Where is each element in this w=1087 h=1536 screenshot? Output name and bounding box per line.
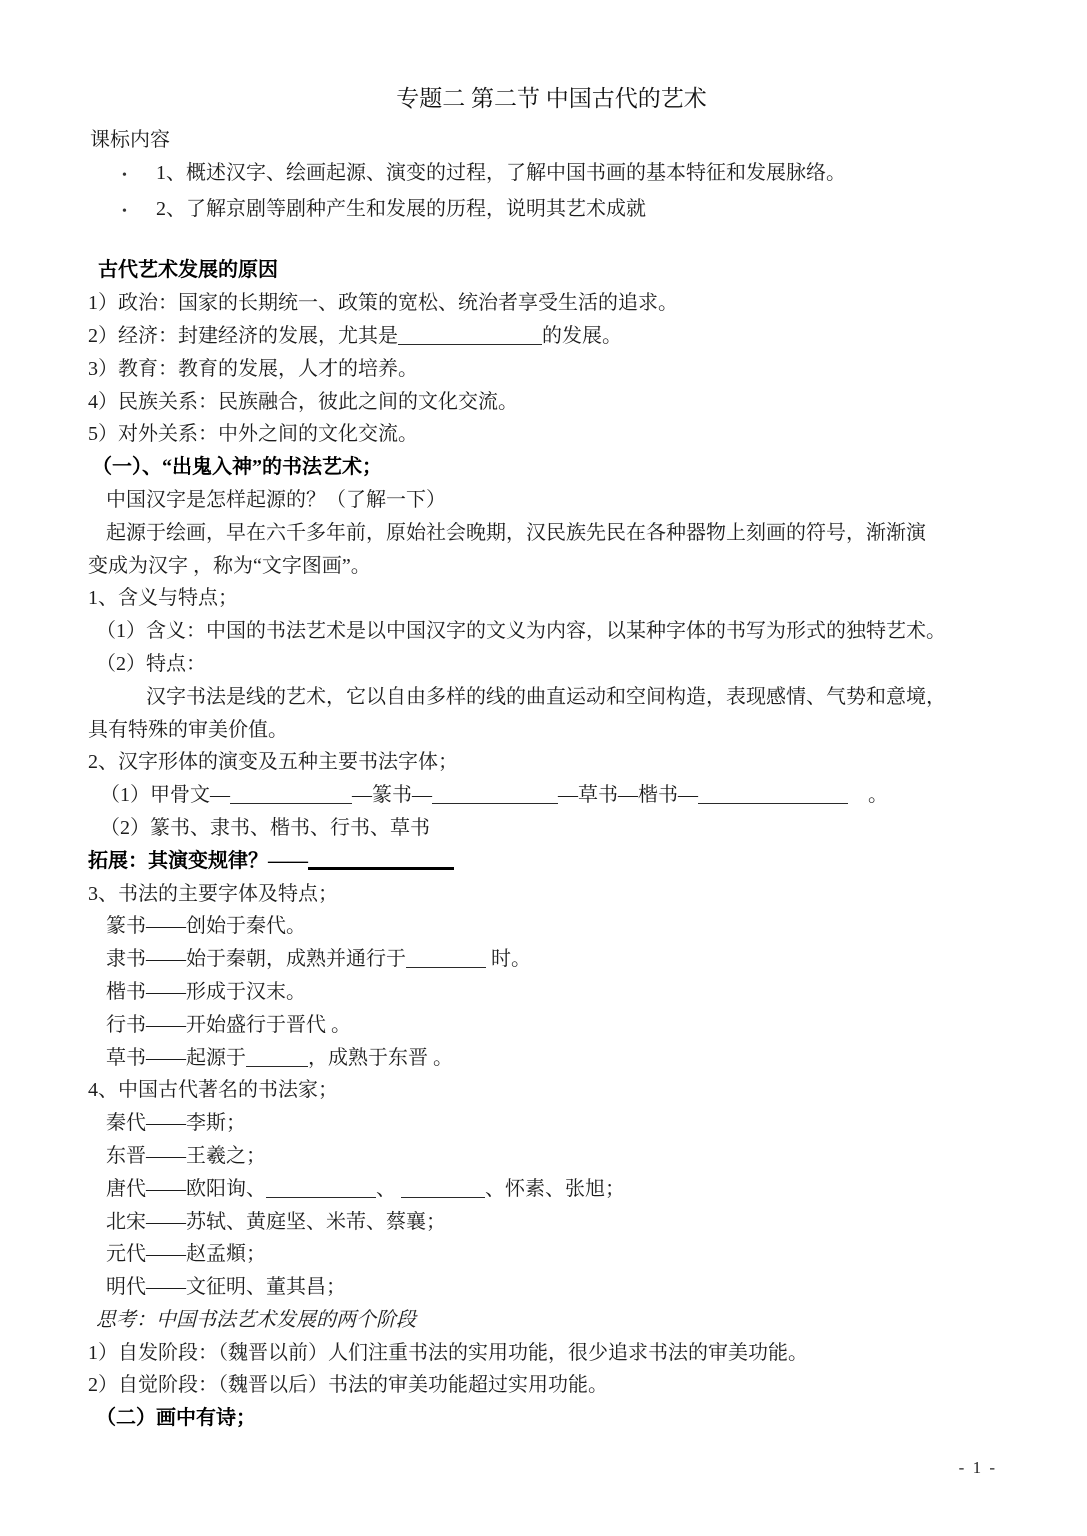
text-segment: 唐代——欧阳询、 (106, 1178, 266, 1200)
text-segment: 4）民族关系：民族融合，彼此之间的文化交流。 (88, 391, 518, 413)
text-segment: 2）经济：封建经济的发展，尤其是 (88, 325, 398, 347)
text-segment: 草书——起源于 (106, 1047, 246, 1069)
blank-underline (398, 328, 542, 345)
calligrapher-dongjin: 东晋——王羲之； (88, 1140, 1015, 1173)
item-2-2-scripts: （2）篆书、隶书、楷书、行书、草书 (88, 812, 1015, 845)
item-1-1-meaning: （1）含义：中国的书法艺术是以中国汉字的文义为内容，以某种字体的书写为形式的独特… (88, 615, 1015, 648)
text-segment: 秦代——李斯； (106, 1112, 246, 1134)
stage-spontaneous: 1）自发阶段：（魏晋以前）人们注重书法的实用功能，很少追求书法的审美功能。 (88, 1337, 1015, 1370)
script-kaishu: 楷书——形成于汉末。 (88, 976, 1015, 1009)
text-segment: 1）自发阶段：（魏晋以前）人们注重书法的实用功能，很少追求书法的审美功能。 (88, 1342, 808, 1364)
script-zhuanshu: 篆书——创始于秦代。 (88, 910, 1015, 943)
text-segment: 5）对外关系：中外之间的文化交流。 (88, 423, 418, 445)
blank-underline (308, 851, 454, 870)
reason-foreign: 5）对外关系：中外之间的文化交流。 (88, 418, 1015, 451)
text-segment: 北宋——苏轼、黄庭坚、米芾、蔡襄； (106, 1211, 446, 1233)
text-segment: （2）特点： (96, 653, 206, 675)
reason-politics: 1）政治：国家的长期统一、政策的宽松、统治者享受生活的追求。 (88, 287, 1015, 320)
text-segment: 中国汉字是怎样起源的？（了解一下） (106, 489, 446, 511)
document-page: 专题二 第二节 中国古代的艺术 课标内容•1、概述汉字、绘画起源、演变的过程，了… (0, 0, 1087, 1536)
expansion-rule: 拓展：其演变规律？—— (88, 845, 1015, 878)
page-number: - 1 - (959, 1458, 997, 1478)
text-segment: （1）甲骨文— (100, 784, 230, 806)
reason-ethnic: 4）民族关系：民族融合，彼此之间的文化交流。 (88, 386, 1015, 419)
heading-section-1: （一）、“出鬼入神”的书法艺术； (88, 451, 1015, 484)
text-segment: 明代——文征明、董其昌； (106, 1276, 346, 1298)
heading-reasons: 古代艺术发展的原因 (88, 254, 1015, 287)
script-xingshu: 行书——开始盛行于晋代 。 (88, 1009, 1015, 1042)
para-features-1: 汉字书法是线的艺术，它以自由多样的线的曲直运动和空间构造，表现感情、气势和意境， (88, 681, 1015, 714)
text-segment: 拓展：其演变规律？—— (88, 850, 308, 872)
para-origin-question: 中国汉字是怎样起源的？（了解一下） (88, 484, 1015, 517)
text-segment: 篆书——创始于秦代。 (106, 915, 306, 937)
item-1-meaning-features: 1、含义与特点； (88, 582, 1015, 615)
stage-conscious: 2）自觉阶段：（魏晋以后）书法的审美功能超过实用功能。 (88, 1369, 1015, 1402)
blank-underline (432, 787, 558, 804)
item-2-1-sequence: （1）甲骨文——篆书——草书—楷书— 。 (88, 779, 1015, 812)
text-segment: 楷书——形成于汉末。 (106, 981, 306, 1003)
text-segment: （2）篆书、隶书、楷书、行书、草书 (100, 817, 430, 839)
text-segment: 1、概述汉字、绘画起源、演变的过程，了解中国书画的基本特征和发展脉络。 (156, 162, 846, 184)
text-segment: 3、书法的主要字体及特点； (88, 883, 338, 905)
text-segment: 1、含义与特点； (88, 587, 238, 609)
text-segment: （1）含义：中国的书法艺术是以中国汉字的文义为内容，以某种字体的书写为形式的独特… (96, 620, 946, 642)
text-segment: （一）、“出鬼入神”的书法艺术； (92, 456, 382, 478)
text-segment: 古代艺术发展的原因 (98, 259, 278, 281)
heading-section-2: （二）画中有诗； (88, 1402, 1015, 1435)
calligrapher-tang: 唐代——欧阳询、、 、怀素、张旭； (88, 1173, 1015, 1206)
text-segment: 起源于绘画，早在六千多年前，原始社会晚期，汉民族先民在各种器物上刻画的符号，渐渐… (106, 522, 926, 544)
text-segment: 的发展。 (542, 325, 622, 347)
text-segment: 隶书——始于秦朝，成熟并通行于 (106, 948, 406, 970)
document-body: 课标内容•1、概述汉字、绘画起源、演变的过程，了解中国书画的基本特征和发展脉络。… (88, 124, 1015, 1435)
calligrapher-beisong: 北宋——苏轼、黄庭坚、米芾、蔡襄； (88, 1206, 1015, 1239)
blank-underline (401, 1181, 485, 1198)
blank-underline (266, 1181, 376, 1198)
text-segment: 课标内容 (90, 129, 170, 151)
item-2-evolution: 2、汉字形体的演变及五种主要书法字体； (88, 746, 1015, 779)
text-segment: （二）画中有诗； (96, 1407, 256, 1429)
text-segment: ，成熟于东晋 。 (308, 1047, 453, 1069)
item-1-2-features: （2）特点： (88, 648, 1015, 681)
bullet-item-2: •2、了解京剧等剧种产生和发展的历程，说明其艺术成就 (88, 193, 1015, 229)
text-segment: 4、中国古代著名的书法家； (88, 1079, 338, 1101)
para-origin-1: 起源于绘画，早在六千多年前，原始社会晚期，汉民族先民在各种器物上刻画的符号，渐渐… (88, 517, 1015, 550)
bullet-icon: • (122, 196, 156, 229)
calligrapher-yuan: 元代——赵孟頫； (88, 1238, 1015, 1271)
text-segment: 具有特殊的审美价值。 (88, 719, 288, 741)
text-segment: 汉字书法是线的艺术，它以自由多样的线的曲直运动和空间构造，表现感情、气势和意境， (146, 686, 946, 708)
text-segment: 、 (376, 1178, 401, 1200)
bullet-item-1: •1、概述汉字、绘画起源、演变的过程，了解中国书画的基本特征和发展脉络。 (88, 157, 1015, 193)
para-features-2: 具有特殊的审美价值。 (88, 714, 1015, 747)
text-segment: 思考：中国书法艺术发展的两个阶段 (96, 1309, 416, 1331)
text-segment: 2、汉字形体的演变及五种主要书法字体； (88, 751, 458, 773)
text-segment: 东晋——王羲之； (106, 1145, 266, 1167)
bullet-icon: • (122, 160, 156, 193)
text-segment: 2）自觉阶段：（魏晋以后）书法的审美功能超过实用功能。 (88, 1374, 608, 1396)
script-lishu: 隶书——始于秦朝，成熟并通行于 时。 (88, 943, 1015, 976)
blank-underline (230, 787, 352, 804)
script-caoshu: 草书——起源于，成熟于东晋 。 (88, 1042, 1015, 1075)
reason-economy: 2）经济：封建经济的发展，尤其是的发展。 (88, 320, 1015, 353)
blank-underline (698, 787, 848, 804)
text-segment: 变成为汉字 ，称为“文字图画”。 (88, 555, 371, 577)
text-segment: 行书——开始盛行于晋代 。 (106, 1014, 351, 1036)
item-4-calligraphers: 4、中国古代著名的书法家； (88, 1074, 1015, 1107)
calligrapher-qin: 秦代——李斯； (88, 1107, 1015, 1140)
calligrapher-ming: 明代——文征明、董其昌； (88, 1271, 1015, 1304)
text-segment: 。 (848, 784, 888, 806)
blank-underline (246, 1050, 308, 1067)
item-3-main-scripts: 3、书法的主要字体及特点； (88, 878, 1015, 911)
blank-underline (406, 951, 486, 968)
para-origin-2: 变成为汉字 ，称为“文字图画”。 (88, 550, 1015, 583)
text-segment: 1）政治：国家的长期统一、政策的宽松、统治者享受生活的追求。 (88, 292, 678, 314)
text-segment: —篆书— (352, 784, 432, 806)
text-segment: —草书—楷书— (558, 784, 698, 806)
page-title: 专题二 第二节 中国古代的艺术 (88, 84, 1015, 114)
text-segment: 时。 (486, 948, 531, 970)
thinking-prompt: 思考：中国书法艺术发展的两个阶段 (88, 1304, 1015, 1337)
text-segment: 元代——赵孟頫； (106, 1243, 266, 1265)
reason-education: 3）教育：教育的发展，人才的培养。 (88, 353, 1015, 386)
heading-curriculum-content: 课标内容 (88, 124, 1015, 157)
text-segment: 3）教育：教育的发展，人才的培养。 (88, 358, 418, 380)
text-segment: 2、了解京剧等剧种产生和发展的历程，说明其艺术成就 (156, 198, 646, 220)
text-segment: 、怀素、张旭； (485, 1178, 625, 1200)
